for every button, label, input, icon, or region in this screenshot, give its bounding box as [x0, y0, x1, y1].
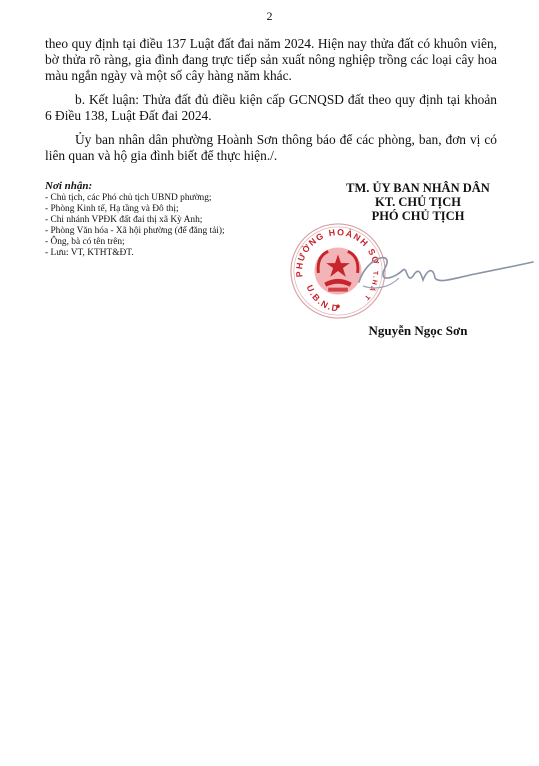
handwritten-signature-icon [355, 248, 535, 298]
body-paragraph-conclusion: b. Kết luận: Thửa đất đủ điều kiện cấp G… [45, 92, 497, 124]
recipient-item: - Chi nhánh VPĐK đất đai thị xã Kỳ Anh; [45, 215, 225, 226]
sign-line-3: PHÓ CHỦ TỊCH [318, 209, 518, 223]
paragraph-text: theo quy định tại điều 137 Luật đất đai … [45, 36, 497, 84]
body-paragraph-1: theo quy định tại điều 137 Luật đất đai … [45, 36, 497, 84]
recipients-list: Nơi nhận: - Chủ tịch, các Phó chủ tịch U… [45, 180, 225, 259]
recipient-item: - Phòng Văn hóa - Xã hội phường (để đăng… [45, 226, 225, 237]
page-number: 2 [0, 9, 539, 24]
sign-line-1: TM. ỦY BAN NHÂN DÂN [318, 181, 518, 195]
recipients-title: Nơi nhận: [45, 180, 225, 193]
paragraph-text: Ủy ban nhân dân phường Hoành Sơn thông b… [45, 132, 497, 164]
signer-name: Nguyễn Ngọc Sơn [318, 323, 518, 339]
recipient-item: - Phòng Kinh tế, Hạ tầng và Đô thị; [45, 204, 225, 215]
recipient-item: - Ông, bà có tên trên; [45, 237, 225, 248]
body-paragraph-notice: Ủy ban nhân dân phường Hoành Sơn thông b… [45, 132, 497, 164]
paragraph-text: b. Kết luận: Thửa đất đủ điều kiện cấp G… [45, 92, 497, 124]
signature-block-title: TM. ỦY BAN NHÂN DÂN KT. CHỦ TỊCH PHÓ CHỦ… [318, 181, 518, 223]
recipient-item: - Lưu: VT, KTHT&ĐT. [45, 248, 225, 259]
sign-line-2: KT. CHỦ TỊCH [318, 195, 518, 209]
recipient-item: - Chủ tịch, các Phó chủ tịch UBND phường… [45, 193, 225, 204]
